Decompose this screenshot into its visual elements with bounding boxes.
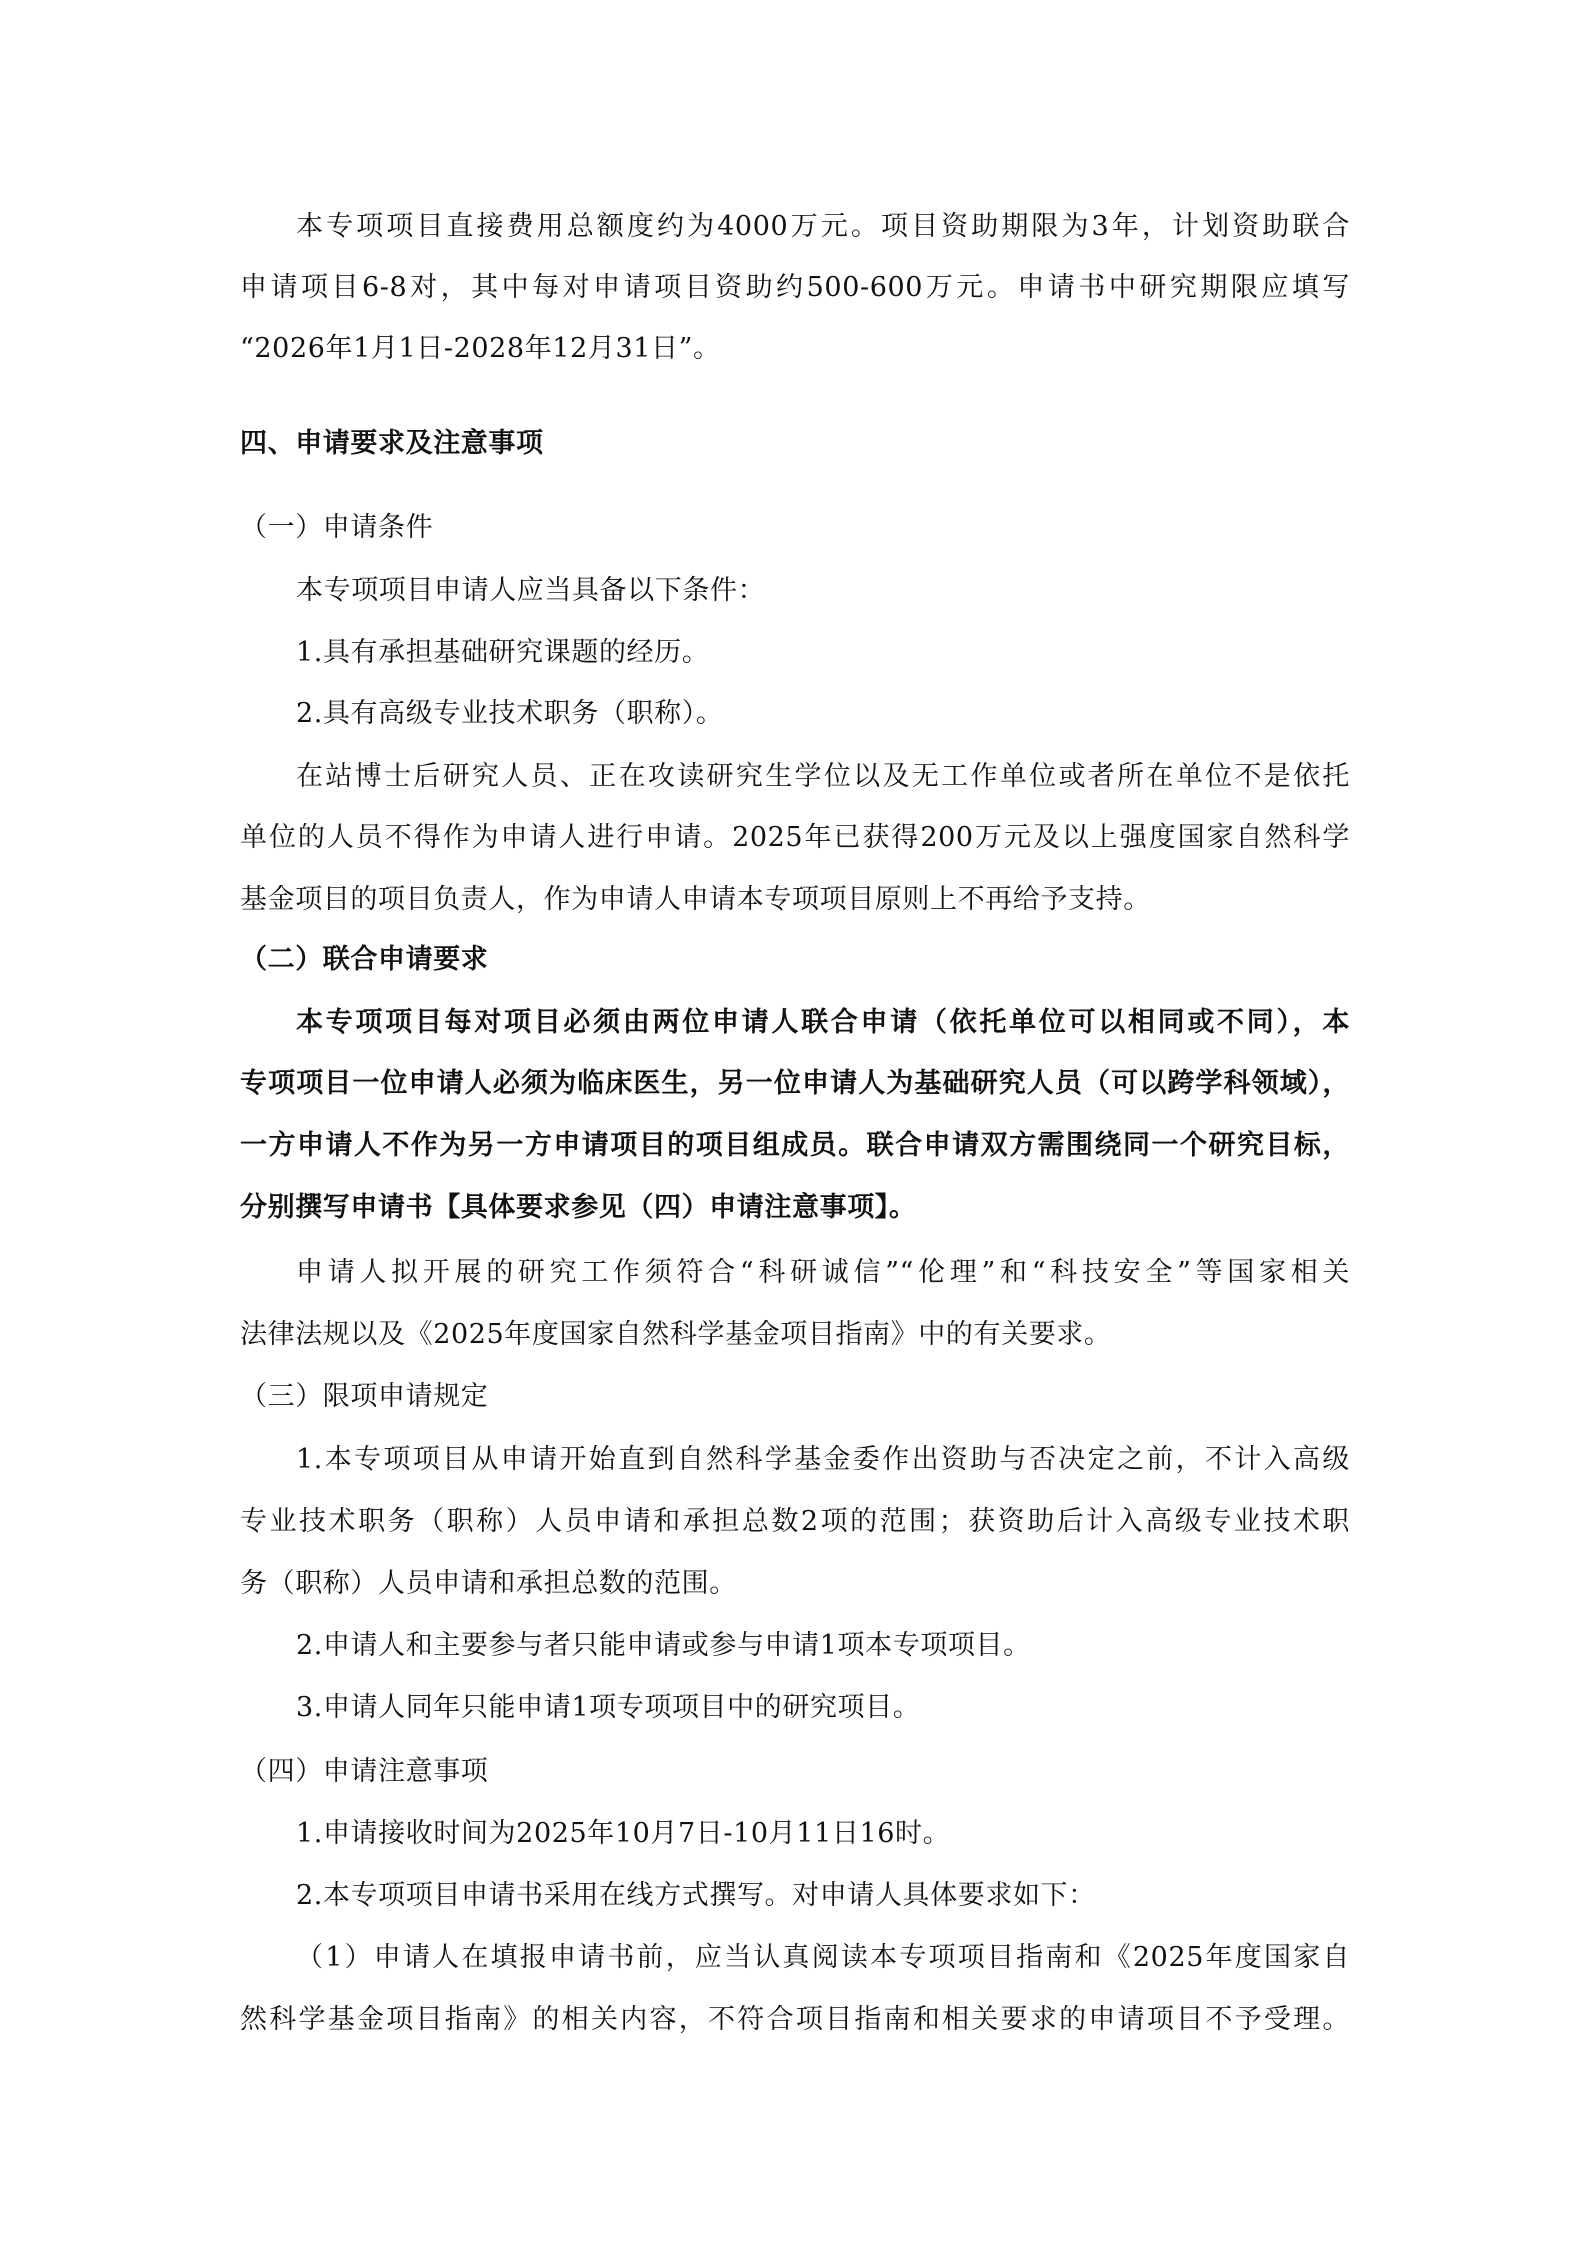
sub1-item-1: 1.具有承担基础研究课题的经历。 xyxy=(296,633,1350,673)
funding-line-3: “2026年1月1日-2028年12月31日”。 xyxy=(240,329,1350,369)
sub1-item-2: 2.具有高级专业技术职务（职称）。 xyxy=(296,694,1350,734)
sub3-heading: （三）限项申请规定 xyxy=(240,1377,1350,1417)
sub1-intro: 本专项项目申请人应当具备以下条件： xyxy=(296,571,1350,611)
funding-line-2: 申请项目6-8对，其中每对申请项目资助约500-600万元。申请书中研究期限应填… xyxy=(240,268,1350,308)
sub2-bold-line-3: 一方申请人不作为另一方申请项目的项目组成员。联合申请双方需围绕同一个研究目标， xyxy=(240,1126,1350,1166)
sub1-note-line-1: 在站博士后研究人员、正在攻读研究生学位以及无工作单位或者所在单位不是依托 xyxy=(296,757,1350,797)
sub3-item-2: 2.申请人和主要参与者只能申请或参与申请1项本专项项目。 xyxy=(296,1626,1350,1666)
sub1-heading: （一）申请条件 xyxy=(240,508,1350,548)
sub4-item-2: 2.本专项项目申请书采用在线方式撰写。对申请人具体要求如下： xyxy=(296,1876,1350,1916)
sub1-note-line-2: 单位的人员不得作为申请人进行申请。2025年已获得200万元及以上强度国家自然科… xyxy=(240,818,1350,858)
sub1-note-line-3: 基金项目的项目负责人，作为申请人申请本专项项目原则上不再给予支持。 xyxy=(240,880,1350,920)
sub2-bold-line-1: 本专项项目每对项目必须由两位申请人联合申请（依托单位可以相同或不同），本 xyxy=(296,1003,1350,1043)
sub3-item1-line-2: 专业技术职务（职称）人员申请和承担总数2项的范围；获资助后计入高级专业技术职 xyxy=(240,1502,1350,1542)
sub2-ethics-line-2: 法律法规以及《2025年度国家自然科学基金项目指南》中的有关要求。 xyxy=(240,1315,1350,1355)
sub3-item1-line-3: 务（职称）人员申请和承担总数的范围。 xyxy=(240,1564,1350,1604)
sub4-item2-1-line-2: 然科学基金项目指南》的相关内容，不符合项目指南和相关要求的申请项目不予受理。 xyxy=(240,2000,1350,2040)
sub2-ethics-line-1: 申请人拟开展的研究工作须符合“科研诚信”“伦理”和“科技安全”等国家相关 xyxy=(296,1253,1350,1293)
document-page: 本专项项目直接费用总额度约为4000万元。项目资助期限为3年，计划资助联合 申请… xyxy=(0,0,1587,2245)
sub2-bold-line-2: 专项项目一位申请人必须为临床医生，另一位申请人为基础研究人员（可以跨学科领域）， xyxy=(240,1064,1350,1104)
sub3-item1-line-1: 1.本专项项目从申请开始直到自然科学基金委作出资助与否决定之前，不计入高级 xyxy=(296,1440,1350,1480)
sub4-item2-1-line-1: （1）申请人在填报申请书前，应当认真阅读本专项项目指南和《2025年度国家自 xyxy=(296,1938,1350,1978)
sub4-item-1: 1.申请接收时间为2025年10月7日-10月11日16时。 xyxy=(296,1814,1350,1854)
sub2-heading: （二）联合申请要求 xyxy=(240,940,1350,980)
funding-line-1: 本专项项目直接费用总额度约为4000万元。项目资助期限为3年，计划资助联合 xyxy=(296,207,1350,247)
section-heading: 四、申请要求及注意事项 xyxy=(240,424,1350,464)
sub2-bold-line-4: 分别撰写申请书【具体要求参见（四）申请注意事项】。 xyxy=(240,1188,1350,1228)
sub4-heading: （四）申请注意事项 xyxy=(240,1752,1350,1792)
sub3-item-3: 3.申请人同年只能申请1项专项项目中的研究项目。 xyxy=(296,1688,1350,1728)
